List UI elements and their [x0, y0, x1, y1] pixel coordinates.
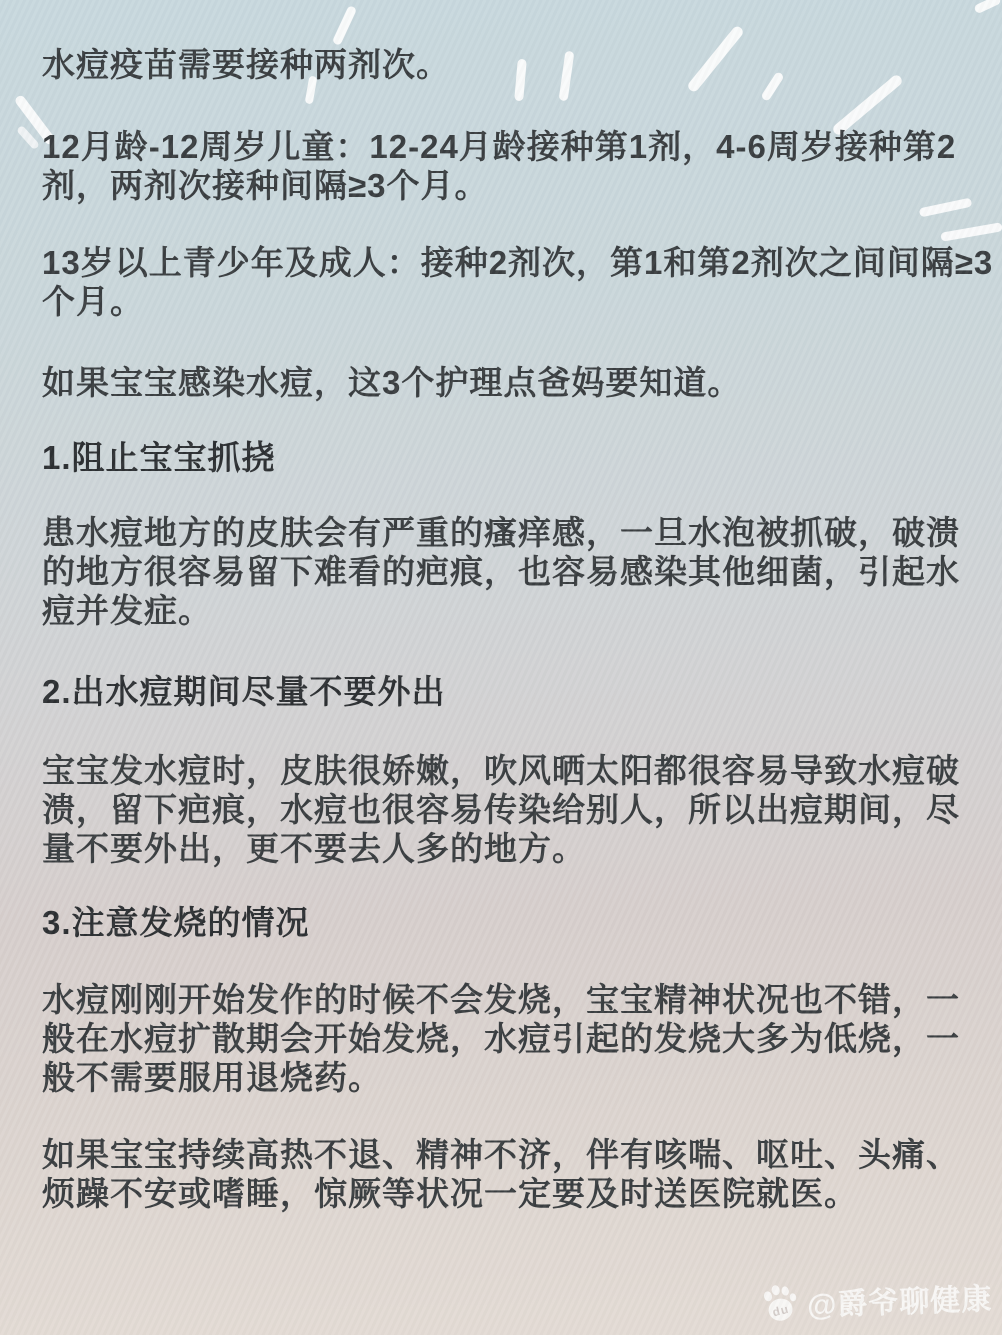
- paragraph-vaccine-doses: 水痘疫苗需要接种两剂次。: [42, 45, 977, 84]
- text-line: 患水痘地方的皮肤会有严重的瘙痒感，一旦水泡被抓破，破溃: [42, 513, 977, 552]
- heading-line: 3.注意发烧的情况: [42, 903, 977, 942]
- text-line: 烦躁不安或嗜睡，惊厥等状况一定要及时送医院就医。: [42, 1174, 977, 1213]
- text-line: 13岁以上青少年及成人：接种2剂次，第1和第2剂次之间间隔≥3: [42, 243, 977, 282]
- text-line: 的地方很容易留下难看的疤痕，也容易感染其他细菌，引起水: [42, 552, 977, 591]
- watermark-handle: @爵爷聊健康: [806, 1274, 993, 1324]
- sketch-stroke: [973, 0, 1001, 14]
- sketch-stroke: [940, 222, 1002, 242]
- paragraph-children-schedule: 12月龄-12周岁儿童：12-24月龄接种第1剂，4-6周岁接种第2 剂，两剂次…: [42, 127, 977, 205]
- text-line: 水痘疫苗需要接种两剂次。: [42, 45, 977, 84]
- text-line: 般在水痘扩散期会开始发烧，水痘引起的发烧大多为低烧，一: [42, 1019, 977, 1058]
- text-line: 个月。: [42, 282, 977, 321]
- paragraph-teens-adults-schedule: 13岁以上青少年及成人：接种2剂次，第1和第2剂次之间间隔≥3 个月。: [42, 243, 977, 321]
- text-line: 如果宝宝持续高热不退、精神不济，伴有咳喘、呕吐、头痛、: [42, 1135, 977, 1174]
- heading-line: 1.阻止宝宝抓挠: [42, 438, 977, 477]
- text-line: 如果宝宝感染水痘，这3个护理点爸妈要知道。: [42, 363, 977, 402]
- heading-stop-scratching: 1.阻止宝宝抓挠: [42, 438, 977, 477]
- paragraph-scratching-detail: 患水痘地方的皮肤会有严重的瘙痒感，一旦水泡被抓破，破溃 的地方很容易留下难看的疤…: [42, 513, 977, 630]
- heading-line: 2.出水痘期间尽量不要外出: [42, 672, 977, 711]
- text-line: 剂，两剂次接种间隔≥3个月。: [42, 166, 977, 205]
- watermark: du @爵爷聊健康: [761, 1274, 993, 1326]
- paragraph-fever-detail: 水痘刚刚开始发作的时候不会发烧，宝宝精神状况也不错，一 般在水痘扩散期会开始发烧…: [42, 980, 977, 1097]
- text-line: 水痘刚刚开始发作的时候不会发烧，宝宝精神状况也不错，一: [42, 980, 977, 1019]
- text-line: 宝宝发水痘时，皮肤很娇嫩，吹风晒太阳都很容易导致水痘破: [42, 751, 977, 790]
- paw-icon: du: [758, 1279, 805, 1327]
- text-line: 般不需要服用退烧药。: [42, 1058, 977, 1097]
- paragraph-care-intro: 如果宝宝感染水痘，这3个护理点爸妈要知道。: [42, 363, 977, 402]
- heading-watch-fever: 3.注意发烧的情况: [42, 903, 977, 942]
- sketch-stroke: [332, 5, 357, 46]
- text-line: 溃，留下疤痕，水痘也很容易传染给别人，所以出痘期间，尽: [42, 790, 977, 829]
- text-line: 量不要外出，更不要去人多的地方。: [42, 829, 977, 868]
- text-line: 痘并发症。: [42, 591, 977, 630]
- paragraph-stay-indoors-detail: 宝宝发水痘时，皮肤很娇嫩，吹风晒太阳都很容易导致水痘破 溃，留下疤痕，水痘也很容…: [42, 751, 977, 868]
- paragraph-seek-doctor: 如果宝宝持续高热不退、精神不济，伴有咳喘、呕吐、头痛、 烦躁不安或嗜睡，惊厥等状…: [42, 1135, 977, 1213]
- text-line: 12月龄-12周岁儿童：12-24月龄接种第1剂，4-6周岁接种第2: [42, 127, 977, 166]
- post-canvas: { "canvas": {"width": 1002, "height": 13…: [0, 0, 1002, 1335]
- heading-stay-indoors: 2.出水痘期间尽量不要外出: [42, 672, 977, 711]
